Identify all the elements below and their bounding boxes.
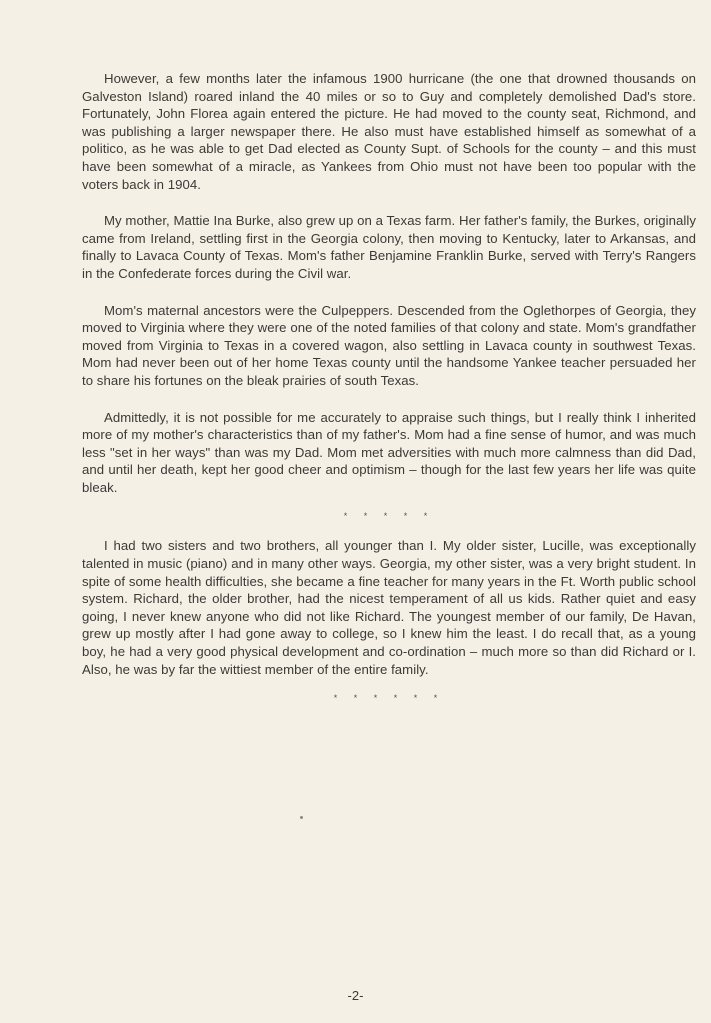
paragraph-culpeppers: Mom's maternal ancestors were the Culpep…	[82, 302, 696, 390]
paragraph-hurricane: However, a few months later the infamous…	[82, 70, 696, 193]
section-separator: * * * * *	[82, 511, 696, 521]
paragraph-characteristics: Admittedly, it is not possible for me ac…	[82, 409, 696, 497]
section-separator-end: * * * * * *	[82, 693, 696, 703]
paper-speck	[300, 816, 303, 819]
paragraph-mother: My mother, Mattie Ina Burke, also grew u…	[82, 212, 696, 282]
document-page: However, a few months later the infamous…	[82, 70, 696, 719]
paragraph-siblings: I had two sisters and two brothers, all …	[82, 537, 696, 678]
page-number: -2-	[0, 988, 711, 1003]
